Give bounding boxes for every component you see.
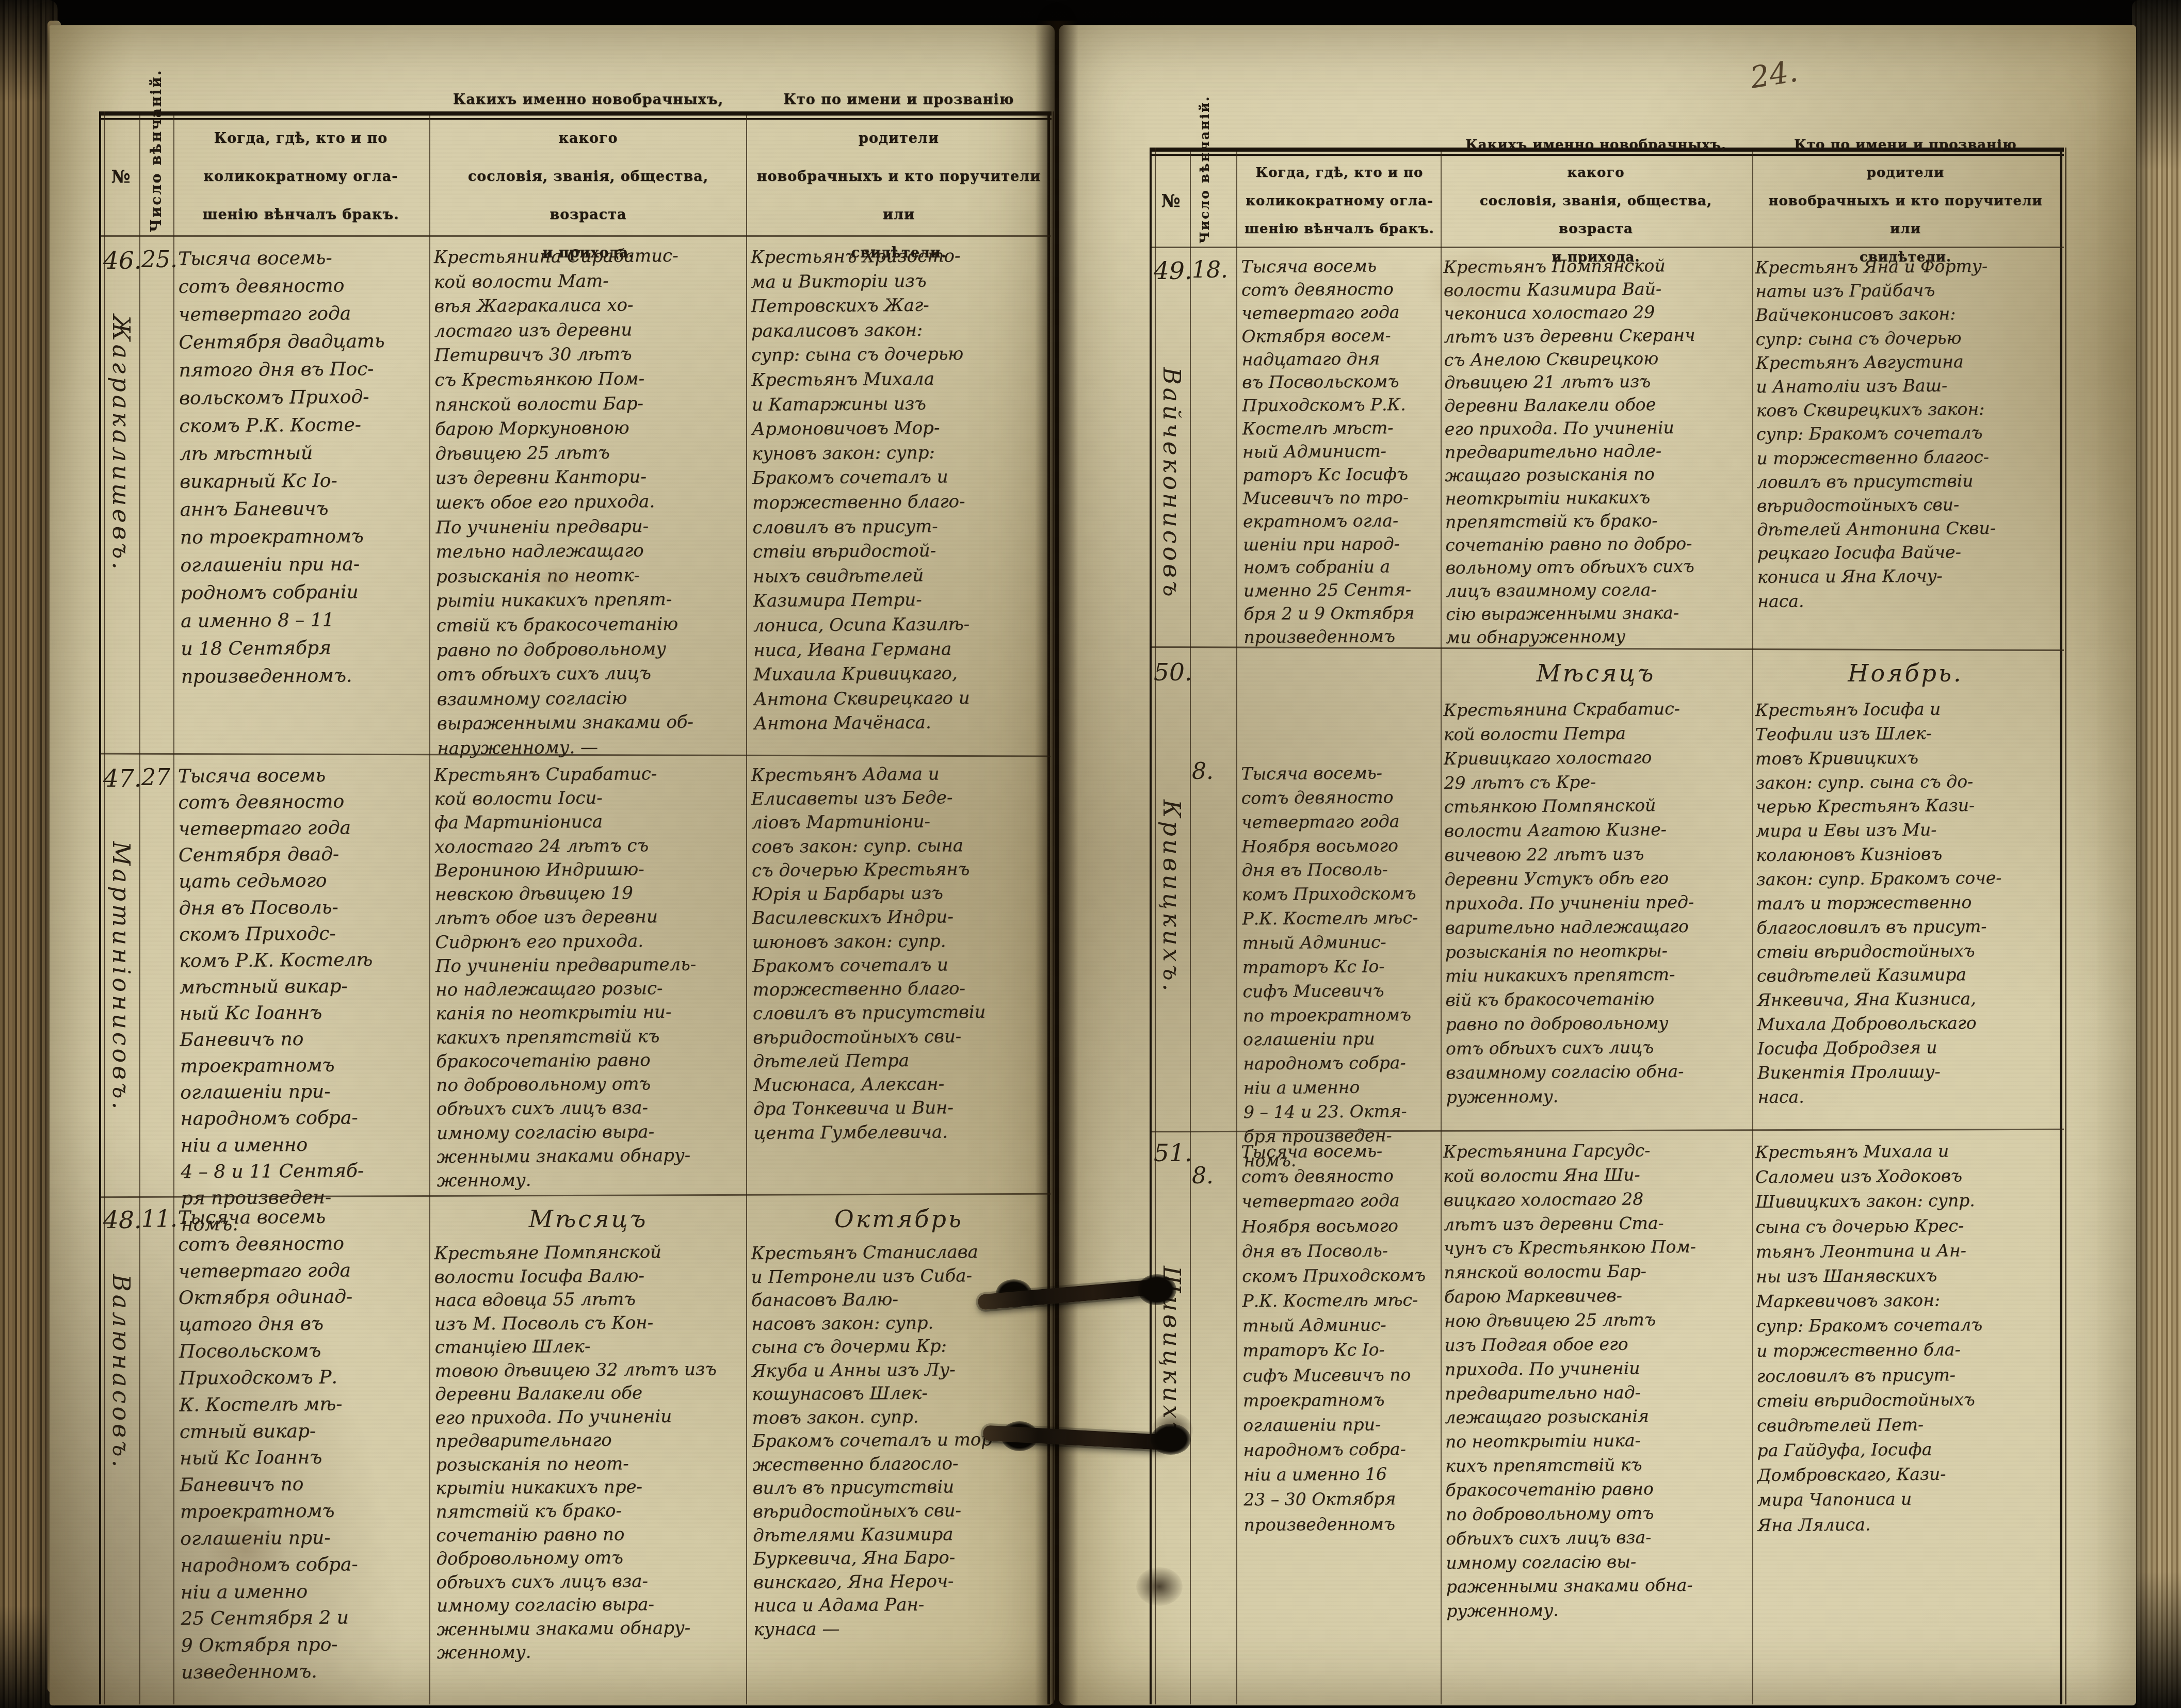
wedding-day: 18. [1192,257,1236,283]
newlyweds-cell: Крестьяне Помпянской волости Іосифа Валю… [434,1240,742,1665]
header-parents: Кто по имени и прозванію родители новобр… [1756,156,2055,247]
month-heading: Октябрь [752,1205,1045,1233]
wedding-day: 8. [1192,1163,1236,1189]
metric-book-photo: № Число вѣнчаній. Когда, гдѣ, кто и по к… [0,0,2181,1708]
right-page: 24. № Число вѣнчаній. Когда, гдѣ, кто и … [1059,25,2136,1705]
month-heading: Мѣсяцъ [1445,659,1747,687]
margin-family-name: Кривицкихъ. [1158,800,1186,995]
left-page: № Число вѣнчаній. Когда, гдѣ, кто и по к… [50,25,1055,1705]
witnesses-cell: Крестьянъ Михала и Саломеи изъ Ходоковъ … [1755,1138,2056,1538]
officiant-cell: Тысяча восемь- сотъ девяносто четвертаго… [1241,1138,1437,1537]
record-row-47: 47. 27 Мартиніонисовъ. Тысяча восемь сот… [50,756,1055,1194]
officiant-cell: Тысяча восемь- сотъ девяносто четвертаго… [178,243,424,691]
page-number: 24. [1748,53,1800,95]
wedding-day: 11. [141,1206,172,1232]
newlyweds-cell: Крестьянина Сирабатис- кой волости Мат- … [434,243,743,761]
officiant-cell: Тысяча восемь сотъ девяносто четвертаго … [1241,254,1437,649]
header-no: № [103,120,138,234]
record-row-49: 49. 18. Вайчеконисовъ Тысяча восемь сотъ… [1059,249,2136,648]
header-count-vertical: Число вѣнчаній. [148,121,165,232]
margin-family-name: Вайчеконисовъ [1158,367,1186,600]
margin-family-name: Жагракалишевъ. [107,315,135,573]
officiant-cell: Тысяча восемь сотъ девяносто четвертаго … [178,761,424,1238]
witnesses-cell: Крестьянъ Іосифа и Теофили изъ Шлек- тов… [1755,696,2056,1110]
month-heading: Мѣсяцъ [435,1205,741,1233]
header-when: Когда, гдѣ, кто и по коликократному огла… [1242,156,1436,247]
header-no: № [1154,156,1188,247]
newlyweds-cell: Крестьянина Скрабатис- кой волости Петра… [1443,696,1749,1110]
record-row-46: 46. 25. Жагракалишевъ. Тысяча восемь- со… [50,237,1055,754]
margin-family-name: Валюнасовъ. [107,1274,135,1470]
record-number: 46. [103,247,138,275]
newlyweds-cell: Крестьянина Гарсудс- кой волости Яна Ши-… [1443,1138,1749,1623]
wedding-day: 27 [141,764,172,791]
header-count-vertical: Число вѣнчаній. [1197,157,1212,243]
right-fore-edge [2132,0,2181,1708]
wedding-day: 8. [1192,758,1236,785]
record-number: 51. [1154,1139,1188,1167]
witnesses-cell: Крестьянъ Адама и Елисаветы изъ Беде- лі… [751,761,1046,1145]
header-which: Какихъ именно новобрачныхъ, какого сосло… [1445,156,1747,247]
binding-hole [1138,1274,1176,1305]
witnesses-cell: Крестьянъ Хризосто- ма и Викторіи изъ Пе… [751,243,1047,737]
newlyweds-cell: Крестьянъ Помпянской волости Казимира Ва… [1443,254,1748,649]
header-parents: Кто по имени и прозванію родители новобр… [752,120,1045,234]
gutter-shadow [1035,21,1078,1708]
month-heading: Ноябрь. [1756,659,2055,687]
officiant-cell: Тысяча восемь- сотъ девяносто четвертаго… [1241,761,1438,1173]
record-number: 50. [1154,658,1188,687]
record-row-48: 48. 11. Валюнасовъ. Тысяча восемь сотъ д… [50,1197,1055,1704]
record-row-50: 50. 8. Кривицкихъ. Тысяча восемь- сотъ д… [1059,650,2136,1128]
margin-family-name: Мартиніонисовъ. [107,841,135,1112]
header-which: Какихъ именно новобрачныхъ, какого сосло… [435,120,741,234]
record-number: 49. [1154,257,1188,285]
binding-hole [1151,1424,1191,1455]
officiant-cell: Тысяча восемь сотъ девяносто четвертаго … [178,1203,424,1686]
wedding-day: 25. [141,247,172,273]
witnesses-cell: Крестьянъ Яна и Форту- наты изъ Грайбачъ… [1755,254,2056,613]
newlyweds-cell: Крестьянъ Сирабатис- кой волости Іоси- ф… [434,761,742,1193]
record-number: 47. [103,764,138,793]
record-row-51: 51. 8. Шивицкихъ. Тысяча восемь- сотъ де… [1059,1132,2136,1703]
header-when: Когда, гдѣ, кто и по коликократному огла… [180,120,422,234]
record-number: 48. [103,1206,138,1234]
